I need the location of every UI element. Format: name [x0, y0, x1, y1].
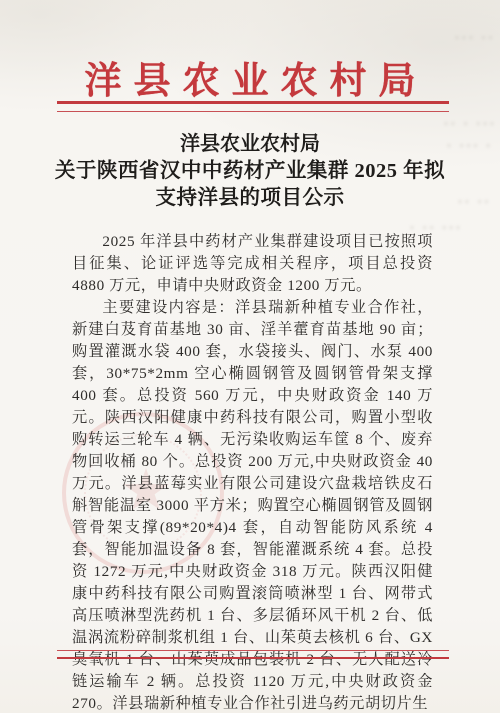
scan-bleed-artifact: ▪▪ ▪▪▪ — [452, 32, 492, 44]
masthead-divider-line — [57, 101, 449, 112]
masthead-title: 洋县农业农村局 — [0, 50, 500, 104]
document-title-line: 洋县农业农村局 — [30, 131, 470, 158]
scanned-document-page: ▪▪ ▪▪▪ ▪▪▪ ▪ ▪▪ ▪ ▪▪▪ ▪ ▪▪ ▪▪ ▪▪▪ ▪▪ ▪ 洋… — [0, 0, 500, 713]
document-body: 2025 年洋县中药材产业集群建设项目已按照项目征集、论证评选等完成相关程序，项… — [72, 231, 433, 713]
document-title-line: 关于陕西省汉中中药材产业集群 2025 年拟 — [30, 158, 470, 185]
document-title-line: 支持洋县的项目公示 — [30, 185, 470, 212]
footer-divider-line — [57, 650, 449, 659]
document-title: 洋县农业农村局 关于陕西省汉中中药材产业集群 2025 年拟 支持洋县的项目公示 — [30, 131, 470, 212]
body-paragraph: 2025 年洋县中药材产业集群建设项目已按照项目征集、论证评选等完成相关程序，项… — [72, 231, 433, 297]
scan-bleed-artifact: ▪▪▪ ▪ ▪▪ — [441, 118, 494, 130]
